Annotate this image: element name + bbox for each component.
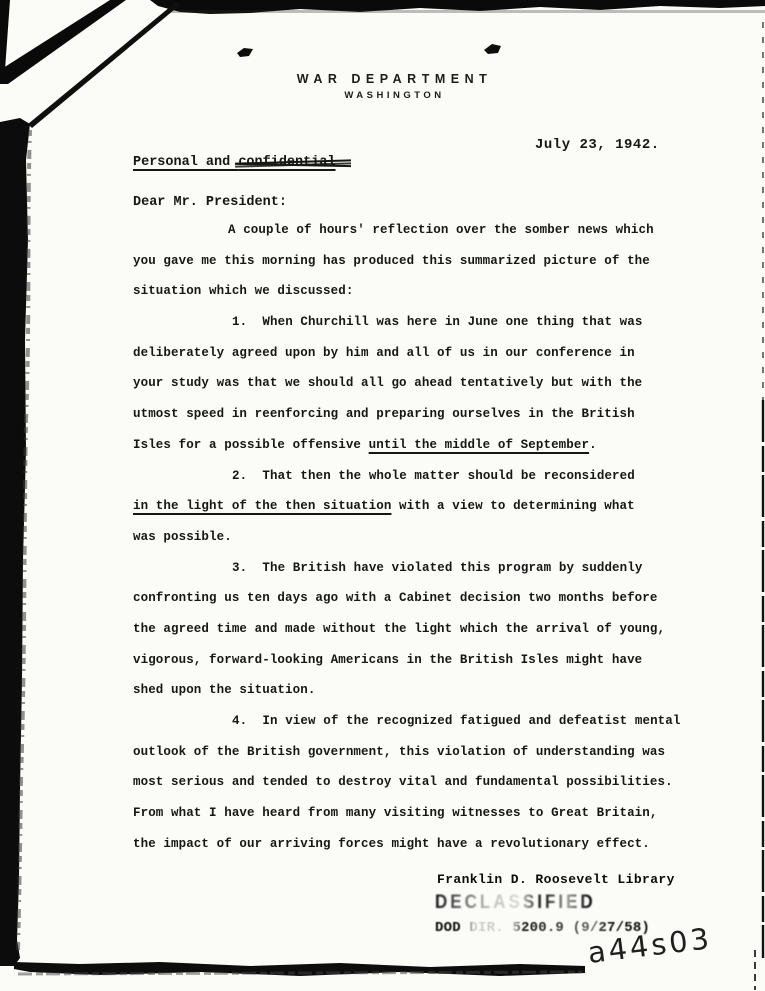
body-line: 3. The British have violated this progra… xyxy=(133,553,693,584)
body-text: situation which we discussed: xyxy=(133,284,353,298)
letterhead: WAR DEPARTMENT WASHINGTON xyxy=(0,72,765,101)
classification-struck-word: confidential xyxy=(238,155,335,170)
body-text: 1. When Churchill was here in June one t… xyxy=(232,315,642,329)
body-text: 4. In view of the recognized fatigued an… xyxy=(232,714,680,728)
underlined-phrase: until the middle of September xyxy=(369,438,589,452)
body-line: utmost speed in reenforcing and preparin… xyxy=(133,399,693,430)
body-line: the agreed time and made without the lig… xyxy=(133,614,693,645)
body-text: . xyxy=(589,438,597,452)
body-line: most serious and tended to destroy vital… xyxy=(133,767,693,798)
scan-edge-left-speckle xyxy=(18,130,30,950)
body-text: shed upon the situation. xyxy=(133,683,315,697)
body-text: confronting us ten days ago with a Cabin… xyxy=(133,591,657,605)
body-text: the agreed time and made without the lig… xyxy=(133,622,665,636)
body-text: Isles for a possible offensive xyxy=(133,438,369,452)
body-text: A couple of hours' reflection over the s… xyxy=(228,223,654,237)
body-line: you gave me this morning has produced th… xyxy=(133,246,693,277)
body-text: From what I have heard from many visitin… xyxy=(133,806,657,820)
body-line: situation which we discussed: xyxy=(133,276,693,307)
ink-smudge-right xyxy=(484,44,501,54)
body-line: 4. In view of the recognized fatigued an… xyxy=(133,706,693,737)
scan-edge-top-smear xyxy=(170,10,765,13)
body-text: your study was that we should all go ahe… xyxy=(133,376,642,390)
body-line: in the light of the then situation with … xyxy=(133,491,693,522)
ink-smudge-left xyxy=(237,48,253,57)
letterhead-city: WASHINGTON xyxy=(24,90,765,101)
scan-edge-bottom xyxy=(14,962,585,976)
scanned-letter-page: WAR DEPARTMENT WASHINGTON July 23, 1942.… xyxy=(0,0,765,991)
body-text: most serious and tended to destroy vital… xyxy=(133,775,673,789)
fold-diagonal-thin xyxy=(28,2,180,128)
body-line: Isles for a possible offensive until the… xyxy=(133,430,693,461)
classification-lead: Personal and xyxy=(133,155,238,170)
body-line: outlook of the British government, this … xyxy=(133,737,693,768)
body-line: From what I have heard from many visitin… xyxy=(133,798,693,829)
body-text: utmost speed in reenforcing and preparin… xyxy=(133,407,635,421)
body-text: the impact of our arriving forces might … xyxy=(133,837,650,851)
date-line: July 23, 1942. xyxy=(535,137,660,153)
body-text: outlook of the British government, this … xyxy=(133,745,665,759)
body-line: A couple of hours' reflection over the s… xyxy=(133,215,693,246)
body-line: was possible. xyxy=(133,522,693,553)
scan-edge-left-band xyxy=(0,118,30,966)
body-text: deliberately agreed upon by him and all … xyxy=(133,346,635,360)
body-text: was possible. xyxy=(133,530,232,544)
body-line: the impact of our arriving forces might … xyxy=(133,829,693,860)
body-text: with a view to determining what xyxy=(391,499,634,513)
salutation: Dear Mr. President: xyxy=(133,195,287,210)
body-line: shed upon the situation. xyxy=(133,675,693,706)
body-line: 2. That then the whole matter should be … xyxy=(133,461,693,492)
body-line: vigorous, forward-looking Americans in t… xyxy=(133,645,693,676)
letterhead-department: WAR DEPARTMENT xyxy=(24,72,765,86)
body-text: 3. The British have violated this progra… xyxy=(232,561,642,575)
body-line: confronting us ten days ago with a Cabin… xyxy=(133,583,693,614)
classification-line: Personal and confidential xyxy=(133,155,336,170)
body-line: 1. When Churchill was here in June one t… xyxy=(133,307,693,338)
body-text: 2. That then the whole matter should be … xyxy=(232,469,635,483)
body-text: vigorous, forward-looking Americans in t… xyxy=(133,653,642,667)
scan-edge-top xyxy=(150,0,765,14)
scan-edge-bottom-speckle xyxy=(18,972,582,974)
declassified-stamp: DECLASSIFIED xyxy=(435,891,596,913)
body-line: your study was that we should all go ahe… xyxy=(133,368,693,399)
letter-body: A couple of hours' reflection over the s… xyxy=(133,215,693,859)
body-line: deliberately agreed upon by him and all … xyxy=(133,338,693,369)
library-stamp: Franklin D. Roosevelt Library xyxy=(437,872,675,887)
underlined-phrase: in the light of the then situation xyxy=(133,499,391,513)
body-text: you gave me this morning has produced th… xyxy=(133,254,650,268)
